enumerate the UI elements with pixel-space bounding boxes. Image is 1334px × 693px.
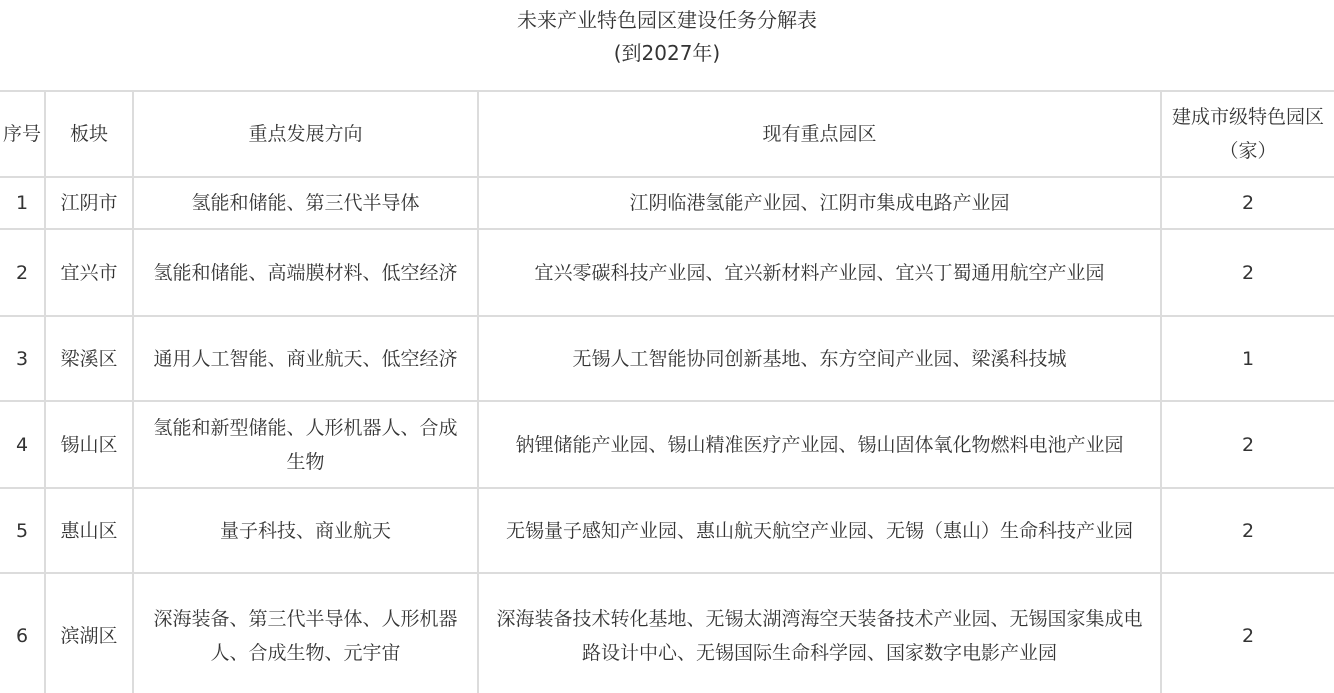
cell-count: 2 [1161, 401, 1334, 488]
cell-index: 5 [0, 488, 45, 573]
cell-count: 1 [1161, 316, 1334, 401]
task-breakdown-table: 序号 板块 重点发展方向 现有重点园区 建成市级特色园区（家） 1 江阴市 氢能… [0, 90, 1334, 693]
table-row: 2 宜兴市 氢能和储能、高端膜材料、低空经济 宜兴零碳科技产业园、宜兴新材料产业… [0, 229, 1334, 316]
document-subtitle: (到2027年) [0, 40, 1334, 66]
cell-focus: 氢能和储能、高端膜材料、低空经济 [133, 229, 478, 316]
cell-count: 2 [1161, 177, 1334, 229]
document-header: 未来产业特色园区建设任务分解表 (到2027年) [0, 0, 1334, 90]
cell-index: 3 [0, 316, 45, 401]
header-parks: 现有重点园区 [478, 91, 1161, 177]
cell-sector: 江阴市 [45, 177, 133, 229]
cell-index: 1 [0, 177, 45, 229]
cell-parks: 深海装备技术转化基地、无锡太湖湾海空天装备技术产业园、无锡国家集成电路设计中心、… [478, 573, 1161, 693]
cell-focus: 通用人工智能、商业航天、低空经济 [133, 316, 478, 401]
table-row: 5 惠山区 量子科技、商业航天 无锡量子感知产业园、惠山航天航空产业园、无锡（惠… [0, 488, 1334, 573]
table-row: 3 梁溪区 通用人工智能、商业航天、低空经济 无锡人工智能协同创新基地、东方空间… [0, 316, 1334, 401]
cell-parks: 无锡人工智能协同创新基地、东方空间产业园、梁溪科技城 [478, 316, 1161, 401]
cell-focus: 氢能和新型储能、人形机器人、合成生物 [133, 401, 478, 488]
header-sector: 板块 [45, 91, 133, 177]
cell-index: 4 [0, 401, 45, 488]
header-focus: 重点发展方向 [133, 91, 478, 177]
cell-parks: 江阴临港氢能产业园、江阴市集成电路产业园 [478, 177, 1161, 229]
document-title: 未来产业特色园区建设任务分解表 [0, 7, 1334, 33]
cell-count: 2 [1161, 488, 1334, 573]
cell-sector: 梁溪区 [45, 316, 133, 401]
table-header-row: 序号 板块 重点发展方向 现有重点园区 建成市级特色园区（家） [0, 91, 1334, 177]
cell-count: 2 [1161, 229, 1334, 316]
cell-index: 2 [0, 229, 45, 316]
header-count: 建成市级特色园区（家） [1161, 91, 1334, 177]
cell-sector: 滨湖区 [45, 573, 133, 693]
cell-focus: 量子科技、商业航天 [133, 488, 478, 573]
cell-focus: 氢能和储能、第三代半导体 [133, 177, 478, 229]
table-row: 1 江阴市 氢能和储能、第三代半导体 江阴临港氢能产业园、江阴市集成电路产业园 … [0, 177, 1334, 229]
cell-parks: 无锡量子感知产业园、惠山航天航空产业园、无锡（惠山）生命科技产业园 [478, 488, 1161, 573]
cell-count: 2 [1161, 573, 1334, 693]
cell-parks: 钠锂储能产业园、锡山精准医疗产业园、锡山固体氧化物燃料电池产业园 [478, 401, 1161, 488]
header-index: 序号 [0, 91, 45, 177]
cell-sector: 惠山区 [45, 488, 133, 573]
cell-focus: 深海装备、第三代半导体、人形机器人、合成生物、元宇宙 [133, 573, 478, 693]
cell-parks: 宜兴零碳科技产业园、宜兴新材料产业园、宜兴丁蜀通用航空产业园 [478, 229, 1161, 316]
table-row: 4 锡山区 氢能和新型储能、人形机器人、合成生物 钠锂储能产业园、锡山精准医疗产… [0, 401, 1334, 488]
cell-sector: 宜兴市 [45, 229, 133, 316]
cell-sector: 锡山区 [45, 401, 133, 488]
cell-index: 6 [0, 573, 45, 693]
table-row: 6 滨湖区 深海装备、第三代半导体、人形机器人、合成生物、元宇宙 深海装备技术转… [0, 573, 1334, 693]
